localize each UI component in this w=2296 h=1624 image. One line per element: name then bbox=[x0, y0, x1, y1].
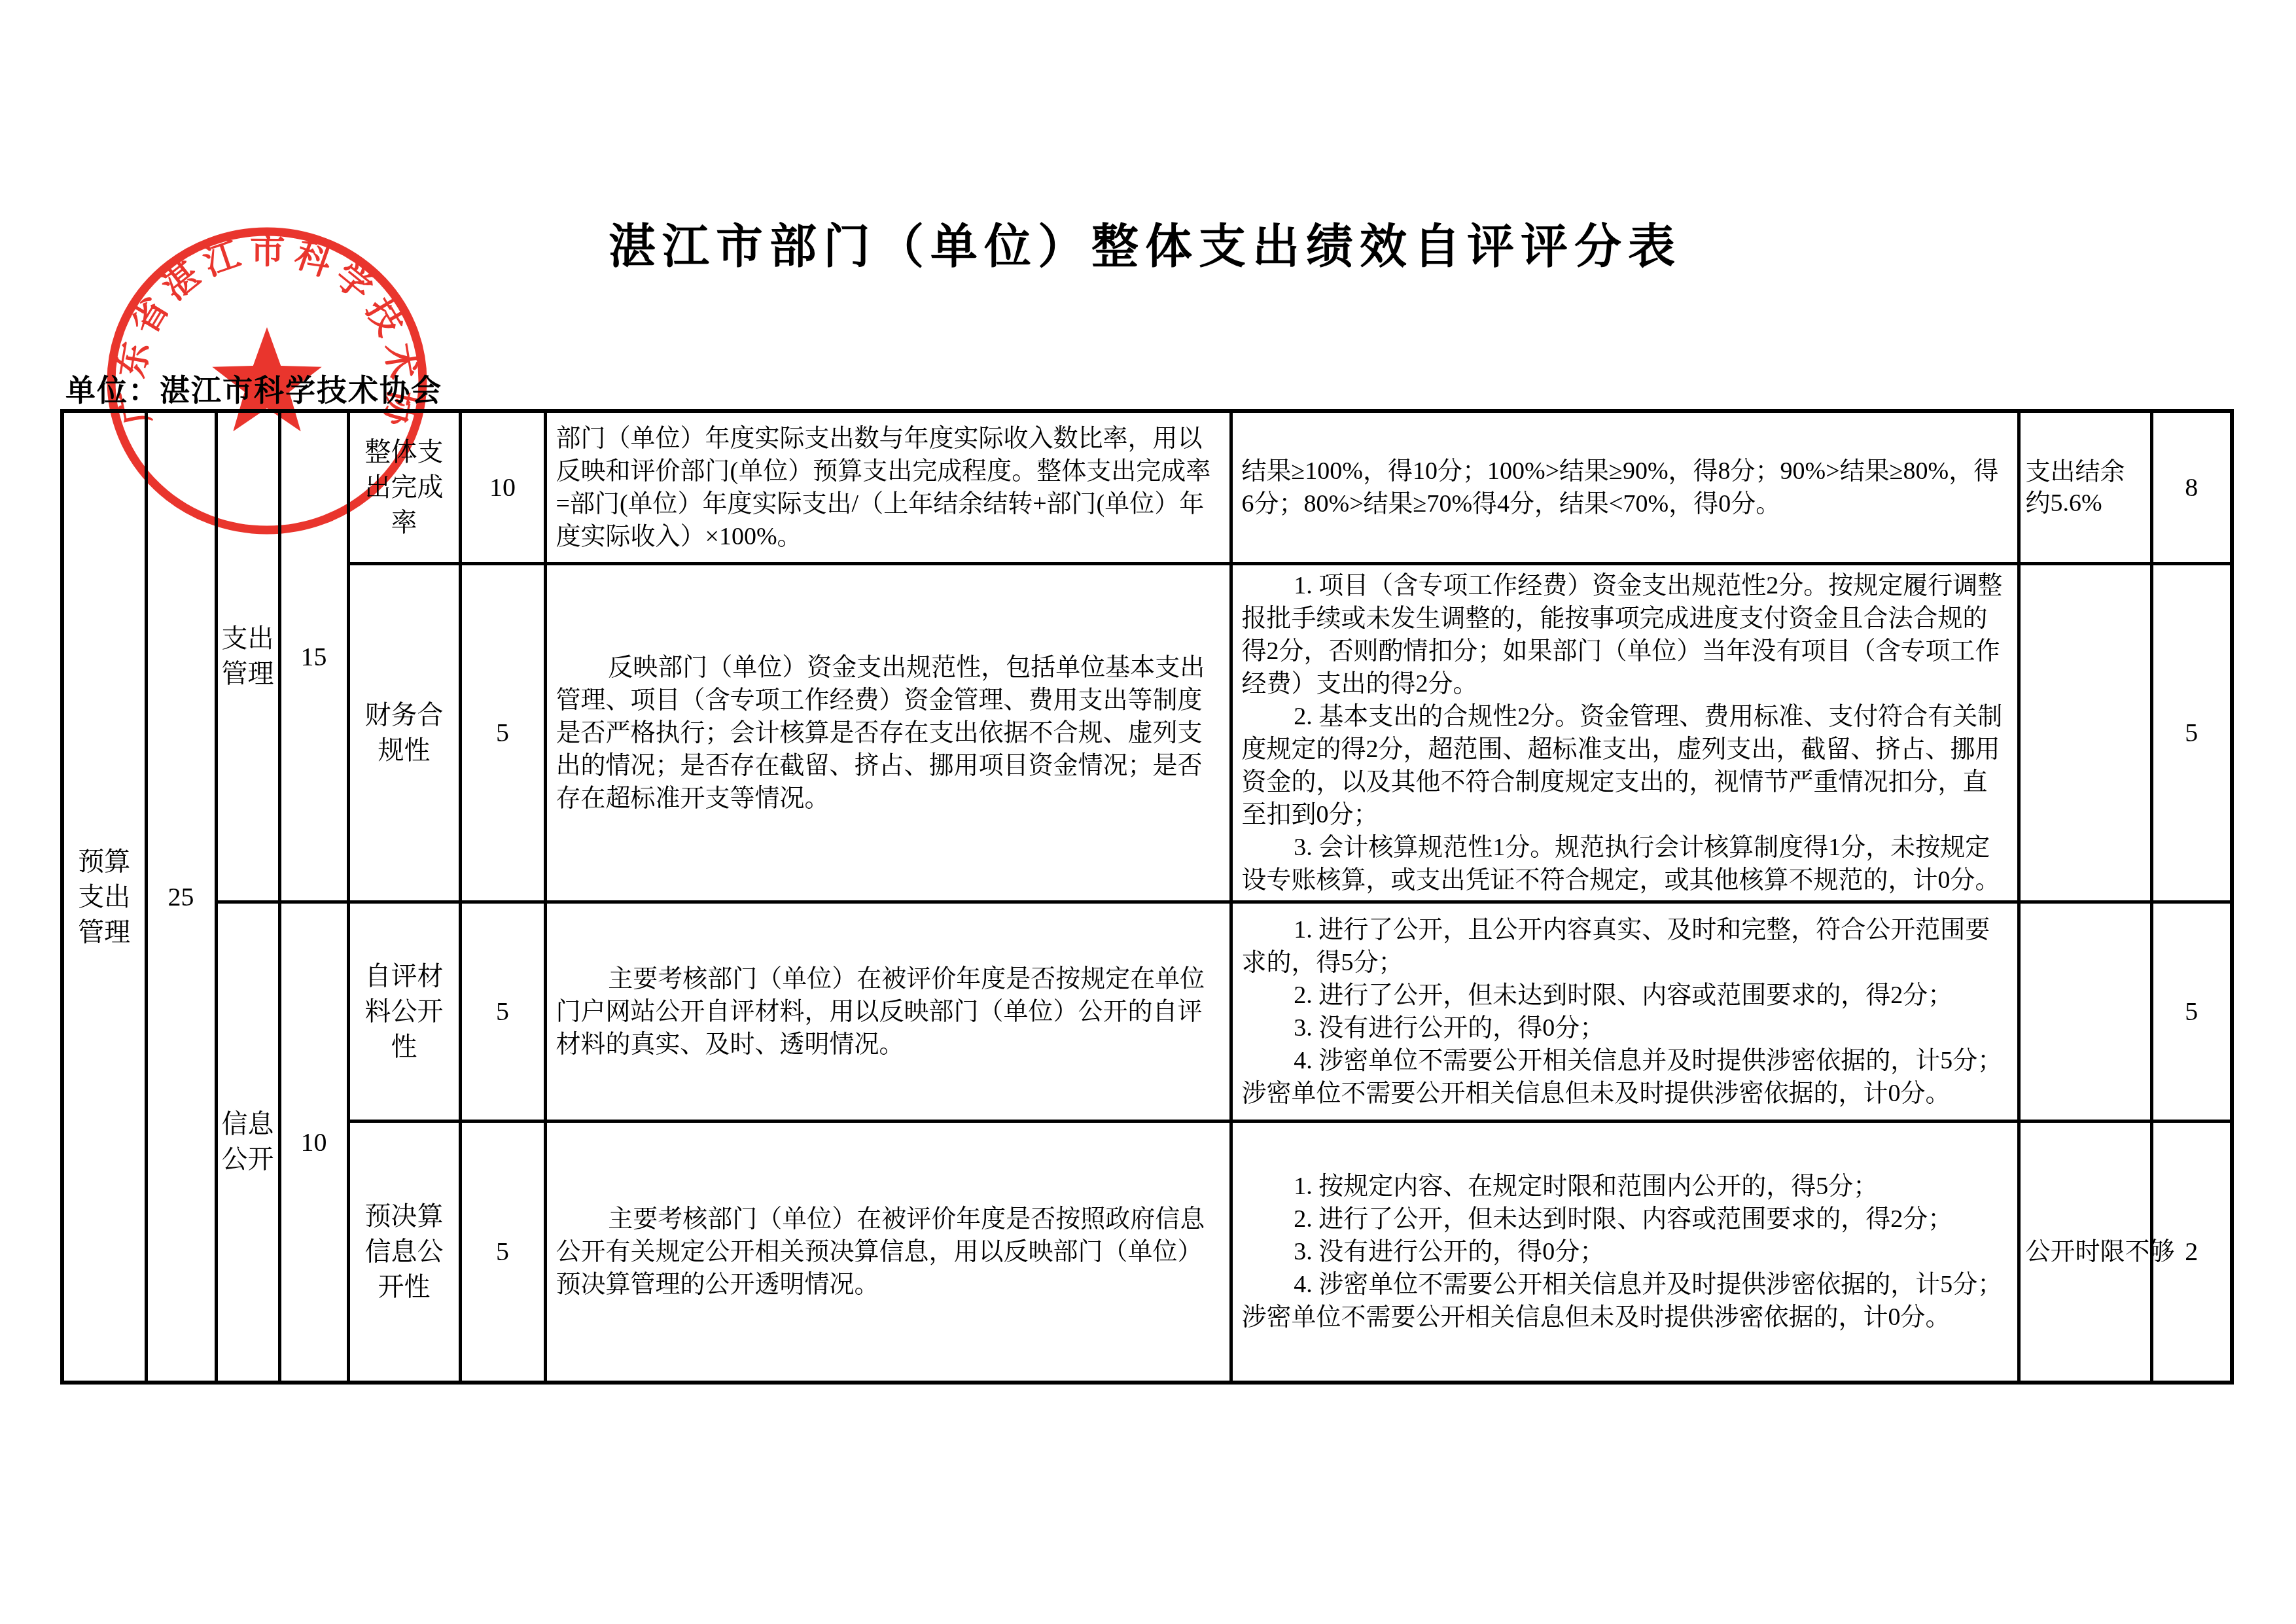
category-cell: 预算支出管理 bbox=[62, 411, 146, 1383]
remark-text-overflow: 公开时限不够 bbox=[2026, 1238, 2175, 1265]
criteria-item: 4. 涉密单位不需要公开相关信息并及时提供涉密依据的，计5分；涉密单位不需要公开… bbox=[1242, 1044, 2008, 1110]
criteria-cell: 1. 项目（含专项工作经费）资金支出规范性2分。按规定履行调整报批手续或未发生调… bbox=[1231, 563, 2019, 902]
description-text: 反映部门（单位）资金支出规范性，包括单位基本支出管理、项目（含专项工作经费）资金… bbox=[556, 651, 1220, 815]
document-page: 湛江市部门（单位）整体支出绩效自评评分表 单位：湛江市科学技术协会 预算支出管理… bbox=[0, 0, 2296, 1624]
unit-label: 单位：湛江市科学技术协会 bbox=[65, 366, 442, 410]
criteria-item: 1. 按规定内容、在规定时限和范围内公开的，得5分； bbox=[1242, 1170, 2008, 1203]
section-label: 支出管理 bbox=[222, 624, 274, 688]
description-cell: 主要考核部门（单位）在被评价年度是否按规定在单位门户网站公开自评材料，用以反映部… bbox=[545, 902, 1231, 1121]
criteria-item: 3. 会计核算规范性1分。规范执行会计核算制度得1分，未按规定设专账核算，或支出… bbox=[1242, 831, 2008, 896]
criteria-item: 1. 项目（含专项工作经费）资金支出规范性2分。按规定履行调整报批手续或未发生调… bbox=[1242, 569, 2008, 700]
description-cell: 部门（单位）年度实际支出数与年度实际收入数比率，用以反映和评价部门(单位）预算支… bbox=[545, 411, 1231, 563]
category-label: 预算支出管理 bbox=[78, 847, 130, 947]
weight-cell: 5 bbox=[460, 902, 545, 1121]
section-label: 信息公开 bbox=[222, 1109, 274, 1174]
page-title: 湛江市部门（单位）整体支出绩效自评评分表 bbox=[60, 208, 2230, 276]
score-table: 预算支出管理 25 支出管理 15 整体支出完成率 10 部门（单位）年度实际支… bbox=[60, 409, 2234, 1385]
description-text: 部门（单位）年度实际支出数与年度实际收入数比率，用以反映和评价部门(单位）预算支… bbox=[556, 422, 1220, 553]
section-weight-cell: 10 bbox=[279, 902, 348, 1383]
criteria-item: 2. 基本支出的合规性2分。资金管理、费用标准、支付符合有关制度规定的得2分，超… bbox=[1242, 700, 2008, 831]
weight-cell: 5 bbox=[460, 563, 545, 902]
section-cell-expenditure: 支出管理 bbox=[216, 411, 279, 902]
remark-cell bbox=[2019, 563, 2151, 902]
indicator-cell: 自评材料公开性 bbox=[348, 902, 460, 1121]
indicator-cell: 预决算信息公开性 bbox=[348, 1121, 460, 1383]
criteria-item: 2. 进行了公开，但未达到时限、内容或范围要求的，得2分； bbox=[1242, 979, 2008, 1012]
table-row: 财务合规性 5 反映部门（单位）资金支出规范性，包括单位基本支出管理、项目（含专… bbox=[62, 563, 2232, 902]
remark-cell: 支出结余约5.6% bbox=[2019, 411, 2151, 563]
category-weight-cell: 25 bbox=[146, 411, 216, 1383]
criteria-cell: 结果≥100%，得10分；100%>结果≥90%，得8分；90%>结果≥80%，… bbox=[1231, 411, 2019, 563]
score-cell: 5 bbox=[2151, 563, 2232, 902]
indicator-cell: 财务合规性 bbox=[348, 563, 460, 902]
score-cell: 8 bbox=[2151, 411, 2232, 563]
score-cell: 5 bbox=[2151, 902, 2232, 1121]
criteria-item: 2. 进行了公开，但未达到时限、内容或范围要求的，得2分； bbox=[1242, 1203, 2008, 1235]
section-cell-disclosure: 信息公开 bbox=[216, 902, 279, 1383]
criteria-item: 3. 没有进行公开的，得0分； bbox=[1242, 1235, 2008, 1268]
section-weight-cell: 15 bbox=[279, 411, 348, 902]
criteria-cell: 1. 进行了公开，且公开内容真实、及时和完整，符合公开范围要求的，得5分； 2.… bbox=[1231, 902, 2019, 1121]
criteria-item: 4. 涉密单位不需要公开相关信息并及时提供涉密依据的，计5分；涉密单位不需要公开… bbox=[1242, 1268, 2008, 1333]
weight-cell: 5 bbox=[460, 1121, 545, 1383]
remark-cell bbox=[2019, 902, 2151, 1121]
table-row: 预决算信息公开性 5 主要考核部门（单位）在被评价年度是否按照政府信息公开有关规… bbox=[62, 1121, 2232, 1383]
description-text: 主要考核部门（单位）在被评价年度是否按照政府信息公开有关规定公开相关预决算信息，… bbox=[556, 1203, 1220, 1301]
description-cell: 反映部门（单位）资金支出规范性，包括单位基本支出管理、项目（含专项工作经费）资金… bbox=[545, 563, 1231, 902]
weight-cell: 10 bbox=[460, 411, 545, 563]
table-row: 预算支出管理 25 支出管理 15 整体支出完成率 10 部门（单位）年度实际支… bbox=[62, 411, 2232, 563]
criteria-item: 1. 进行了公开，且公开内容真实、及时和完整，符合公开范围要求的，得5分； bbox=[1242, 913, 2008, 979]
criteria-text: 结果≥100%，得10分；100%>结果≥90%，得8分；90%>结果≥80%，… bbox=[1242, 455, 2008, 520]
description-text: 主要考核部门（单位）在被评价年度是否按规定在单位门户网站公开自评材料，用以反映部… bbox=[556, 962, 1220, 1061]
criteria-cell: 1. 按规定内容、在规定时限和范围内公开的，得5分； 2. 进行了公开，但未达到… bbox=[1231, 1121, 2019, 1383]
table-row: 信息公开 10 自评材料公开性 5 主要考核部门（单位）在被评价年度是否按规定在… bbox=[62, 902, 2232, 1121]
criteria-item: 3. 没有进行公开的，得0分； bbox=[1242, 1012, 2008, 1044]
indicator-cell: 整体支出完成率 bbox=[348, 411, 460, 563]
description-cell: 主要考核部门（单位）在被评价年度是否按照政府信息公开有关规定公开相关预决算信息，… bbox=[545, 1121, 1231, 1383]
remark-cell: 公开时限不够 bbox=[2019, 1121, 2151, 1383]
